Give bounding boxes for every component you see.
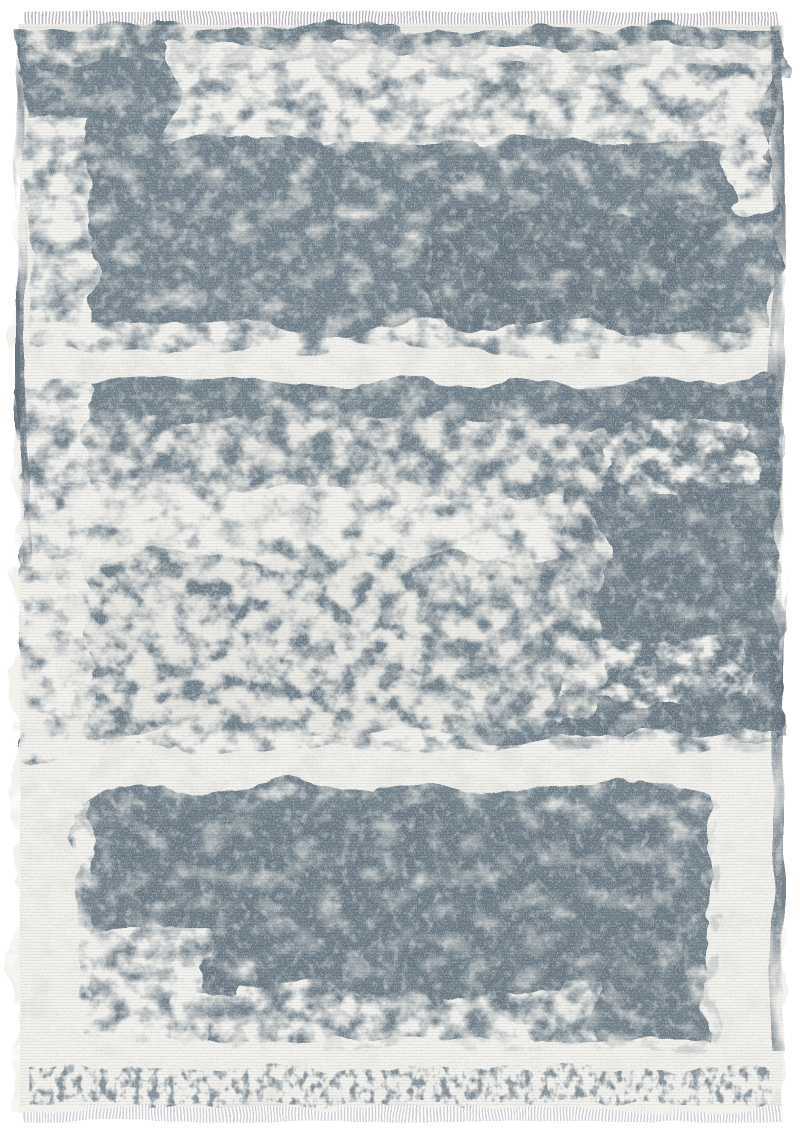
rug [16,25,783,1108]
weave-lines [20,25,782,1105]
rug-photo [0,0,800,1139]
rug-texture [20,25,782,1105]
photo-canvas [0,0,800,1139]
